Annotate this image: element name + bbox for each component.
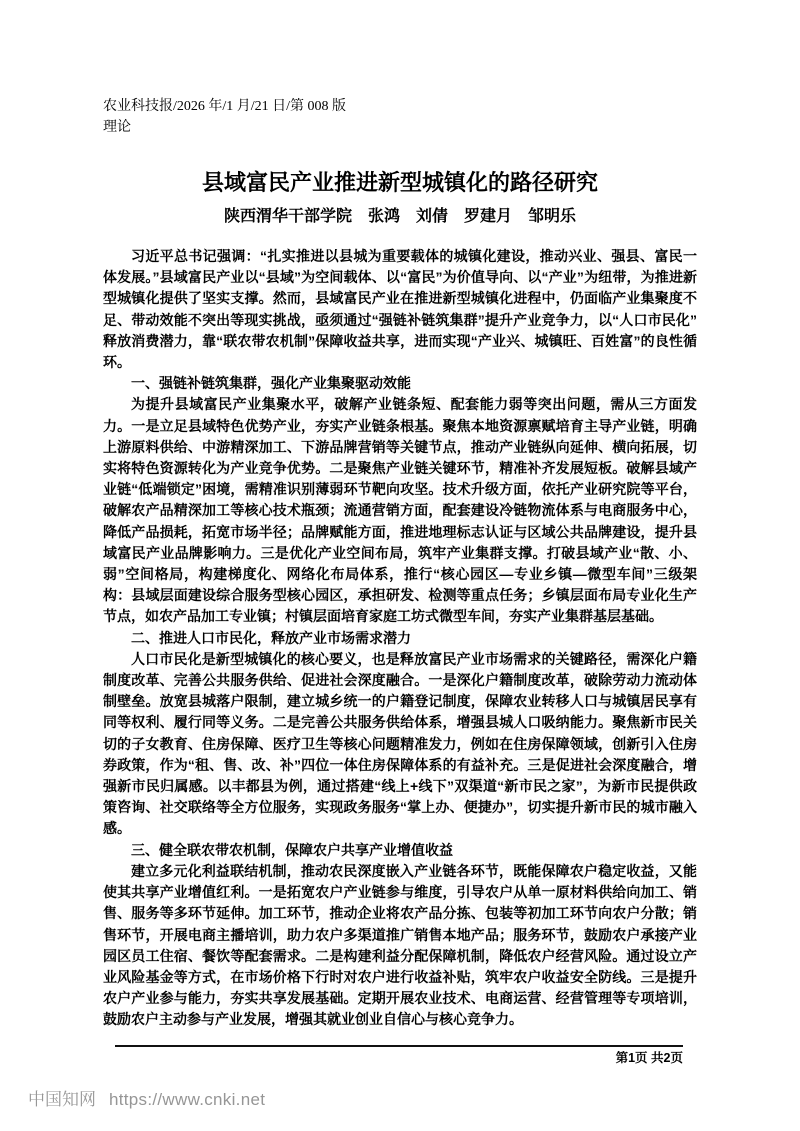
- article-paragraph: 为提升县域富民产业集聚水平，破解产业链条短、配套能力弱等突出问题，需从三方面发力…: [103, 394, 697, 627]
- section-heading: 一、强链补链筑集群，强化产业集聚驱动效能: [103, 373, 697, 394]
- article-paragraph: 建立多元化利益联结机制，推动农民深度嵌入产业链各环节，既能保障农户稳定收益，又能…: [103, 861, 697, 1031]
- article-paragraph: 人口市民化是新型城镇化的核心要义，也是释放富民产业市场需求的关键路径，需深化户籍…: [103, 649, 697, 840]
- publication-info: 农业科技报/2026 年/1 月/21 日/第 008 版: [103, 97, 697, 116]
- authors-line: 陕西渭华干部学院 张鸿 刘倩 罗建月 邹明乐: [103, 206, 697, 228]
- article-title: 县域富民产业推进新型城镇化的路径研究: [103, 168, 697, 198]
- footer-divider: [115, 1045, 683, 1047]
- section-heading: 三、健全联农带农机制，保障农户共享产业增值收益: [103, 840, 697, 861]
- document-page: 农业科技报/2026 年/1 月/21 日/第 008 版 理论 县域富民产业推…: [0, 0, 800, 1131]
- cnki-site-name: 中国知网: [28, 1090, 96, 1110]
- section-heading: 二、推进人口市民化，释放产业市场需求潜力: [103, 628, 697, 649]
- article-paragraph: 习近平总书记强调：“扎实推进以县城为重要载体的城镇化建设，推动兴业、强县、富民一…: [103, 246, 697, 373]
- cnki-watermark: 中国知网 https://www.cnki.net: [28, 1090, 265, 1110]
- cnki-site-url: https://www.cnki.net: [109, 1090, 265, 1110]
- page-indicator: 第1页 共2页: [115, 1048, 683, 1066]
- article-body: 习近平总书记强调：“扎实推进以县城为重要载体的城镇化建设，推动兴业、强县、富民一…: [103, 246, 697, 1031]
- column-label: 理论: [103, 118, 131, 137]
